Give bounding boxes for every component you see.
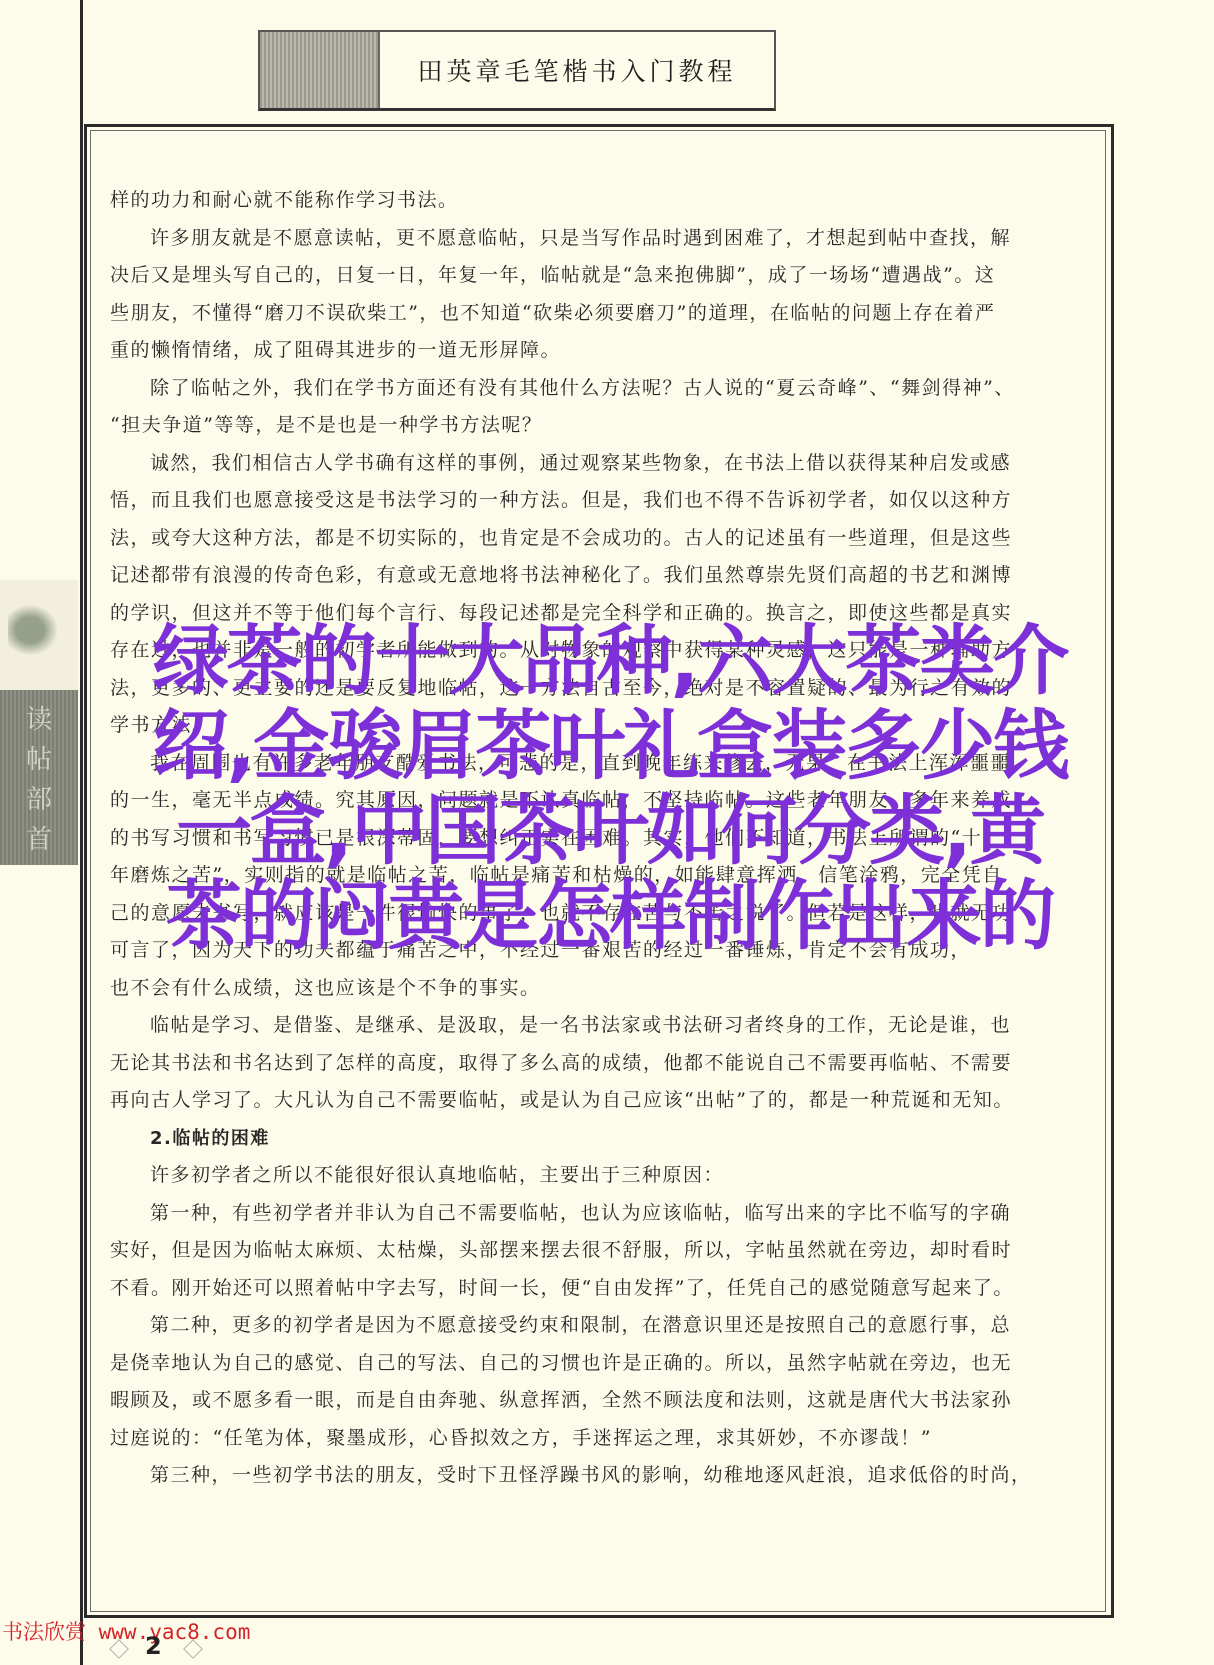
page-number: 2 [145,1632,162,1660]
text-line: 临帖是学习、是借鉴、是继承、是汲取，是一名书法家或书法研习者终身的工作，无论是谁… [110,1007,1085,1045]
text-line: 暇顾及，或不愿多看一眼，而是自由奔驰、纵意挥洒，全然不顾法度和法则，这就是唐代大… [110,1382,1085,1420]
text-line: 也不会有什么成绩，这也应该是个不争的事实。 [110,970,1085,1008]
header-decorative-swatch [260,32,380,108]
text-line: 过庭说的：“任笔为体，聚墨成形，心昏拟效之方，手迷挥运之理，求其妍妙，不亦谬哉！… [110,1420,1085,1458]
text-line: 实好，但是因为临帖太麻烦、太枯燥，头部摆来摆去很不舒服，所以，字帖虽然就在旁边，… [110,1232,1085,1270]
text-line: 许多朋友就是不愿意读帖，更不愿意临帖，只是当写作品时遇到困难了，才想起到帖中查找… [110,220,1085,258]
text-line: 除了临帖之外，我们在学书方面还有没有其他什么方法呢？古人说的“夏云奇峰”、“舞剑… [110,370,1085,408]
overlay-headline: 绿茶的十大品种,六大茶类介 绍,金骏眉茶叶礼盒装多少钱 一盒,中国茶叶如何分类,… [40,618,1180,958]
text-line: 诚然，我们相信古人学书确有这样的事例，通过观察某些物象，在书法上借以获得某种启发… [110,445,1085,483]
chapter-header: 田英章毛笔楷书入门教程 [258,30,776,111]
text-line: 重的懒惰情绪，成了阻碍其进步的一道无形屏障。 [110,332,1085,370]
text-line: 悟，而且我们也愿意接受这是书法学习的一种方法。但是，我们也不得不告诉初学者，如仅… [110,482,1085,520]
section-heading: 2.临帖的困难 [110,1120,1085,1158]
text-line: 许多初学者之所以不能很好很认真地临帖，主要出于三种原因： [110,1157,1085,1195]
overlay-line: 茶的闷黄是怎样制作出来的 [40,873,1180,958]
text-line: 第一种，有些初学者并非认为自己不需要临帖，也认为应该临帖，临写出来的字比不临写的… [110,1195,1085,1233]
text-line: 无论其书法和书名达到了怎样的高度，取得了多么高的成绩，他都不能说自己不需要再临帖… [110,1045,1085,1083]
text-line: 第三种，一些初学书法的朋友，受时下丑怪浮躁书风的影响，幼稚地逐风赶浪，追求低俗的… [110,1457,1085,1495]
book-title: 田英章毛笔楷书入门教程 [380,52,774,88]
text-line: 记述都带有浪漫的传奇色彩，有意或无意地将书法神秘化了。我们虽然尊崇先贤们高超的书… [110,557,1085,595]
text-line: 法，或夸大这种方法，都是不切实际的，也肯定是不会成功的。古人的记述虽有一些道理，… [110,520,1085,558]
site-watermark: 书法欣赏 www.yac8.com [2,1616,250,1646]
text-line: 不看。刚开始还可以照着帖中字去写，时间一长，便“自由发挥”了，任凭自己的感觉随意… [110,1270,1085,1308]
text-line: 是侥幸地认为自己的感觉、自己的写法、自己的习惯也许是正确的。所以，虽然字帖就在旁… [110,1345,1085,1383]
text-line: 第二种，更多的初学者是因为不愿意接受约束和限制，在潜意识里还是按照自己的意愿行事… [110,1307,1085,1345]
text-line: 样的功力和耐心就不能称作学习书法。 [110,182,1085,220]
text-line: 些朋友，不懂得“磨刀不误砍柴工”，也不知道“砍柴必须要磨刀”的道理，在临帖的问题… [110,295,1085,333]
text-line: 再向古人学习了。大凡认为自己不需要临帖，或是认为自己应该“出帖”了的，都是一种荒… [110,1082,1085,1120]
overlay-line: 绿茶的十大品种,六大茶类介 [40,618,1180,703]
text-line: “担夫争道”等等，是不是也是一种学书方法呢？ [110,407,1085,445]
overlay-line: 绍,金骏眉茶叶礼盒装多少钱 [40,703,1180,788]
overlay-line: 一盒,中国茶叶如何分类,黄 [40,788,1180,873]
text-line: 决后又是埋头写自己的，日复一日，年复一年，临帖就是“急来抱佛脚”，成了一场场“遭… [110,257,1085,295]
